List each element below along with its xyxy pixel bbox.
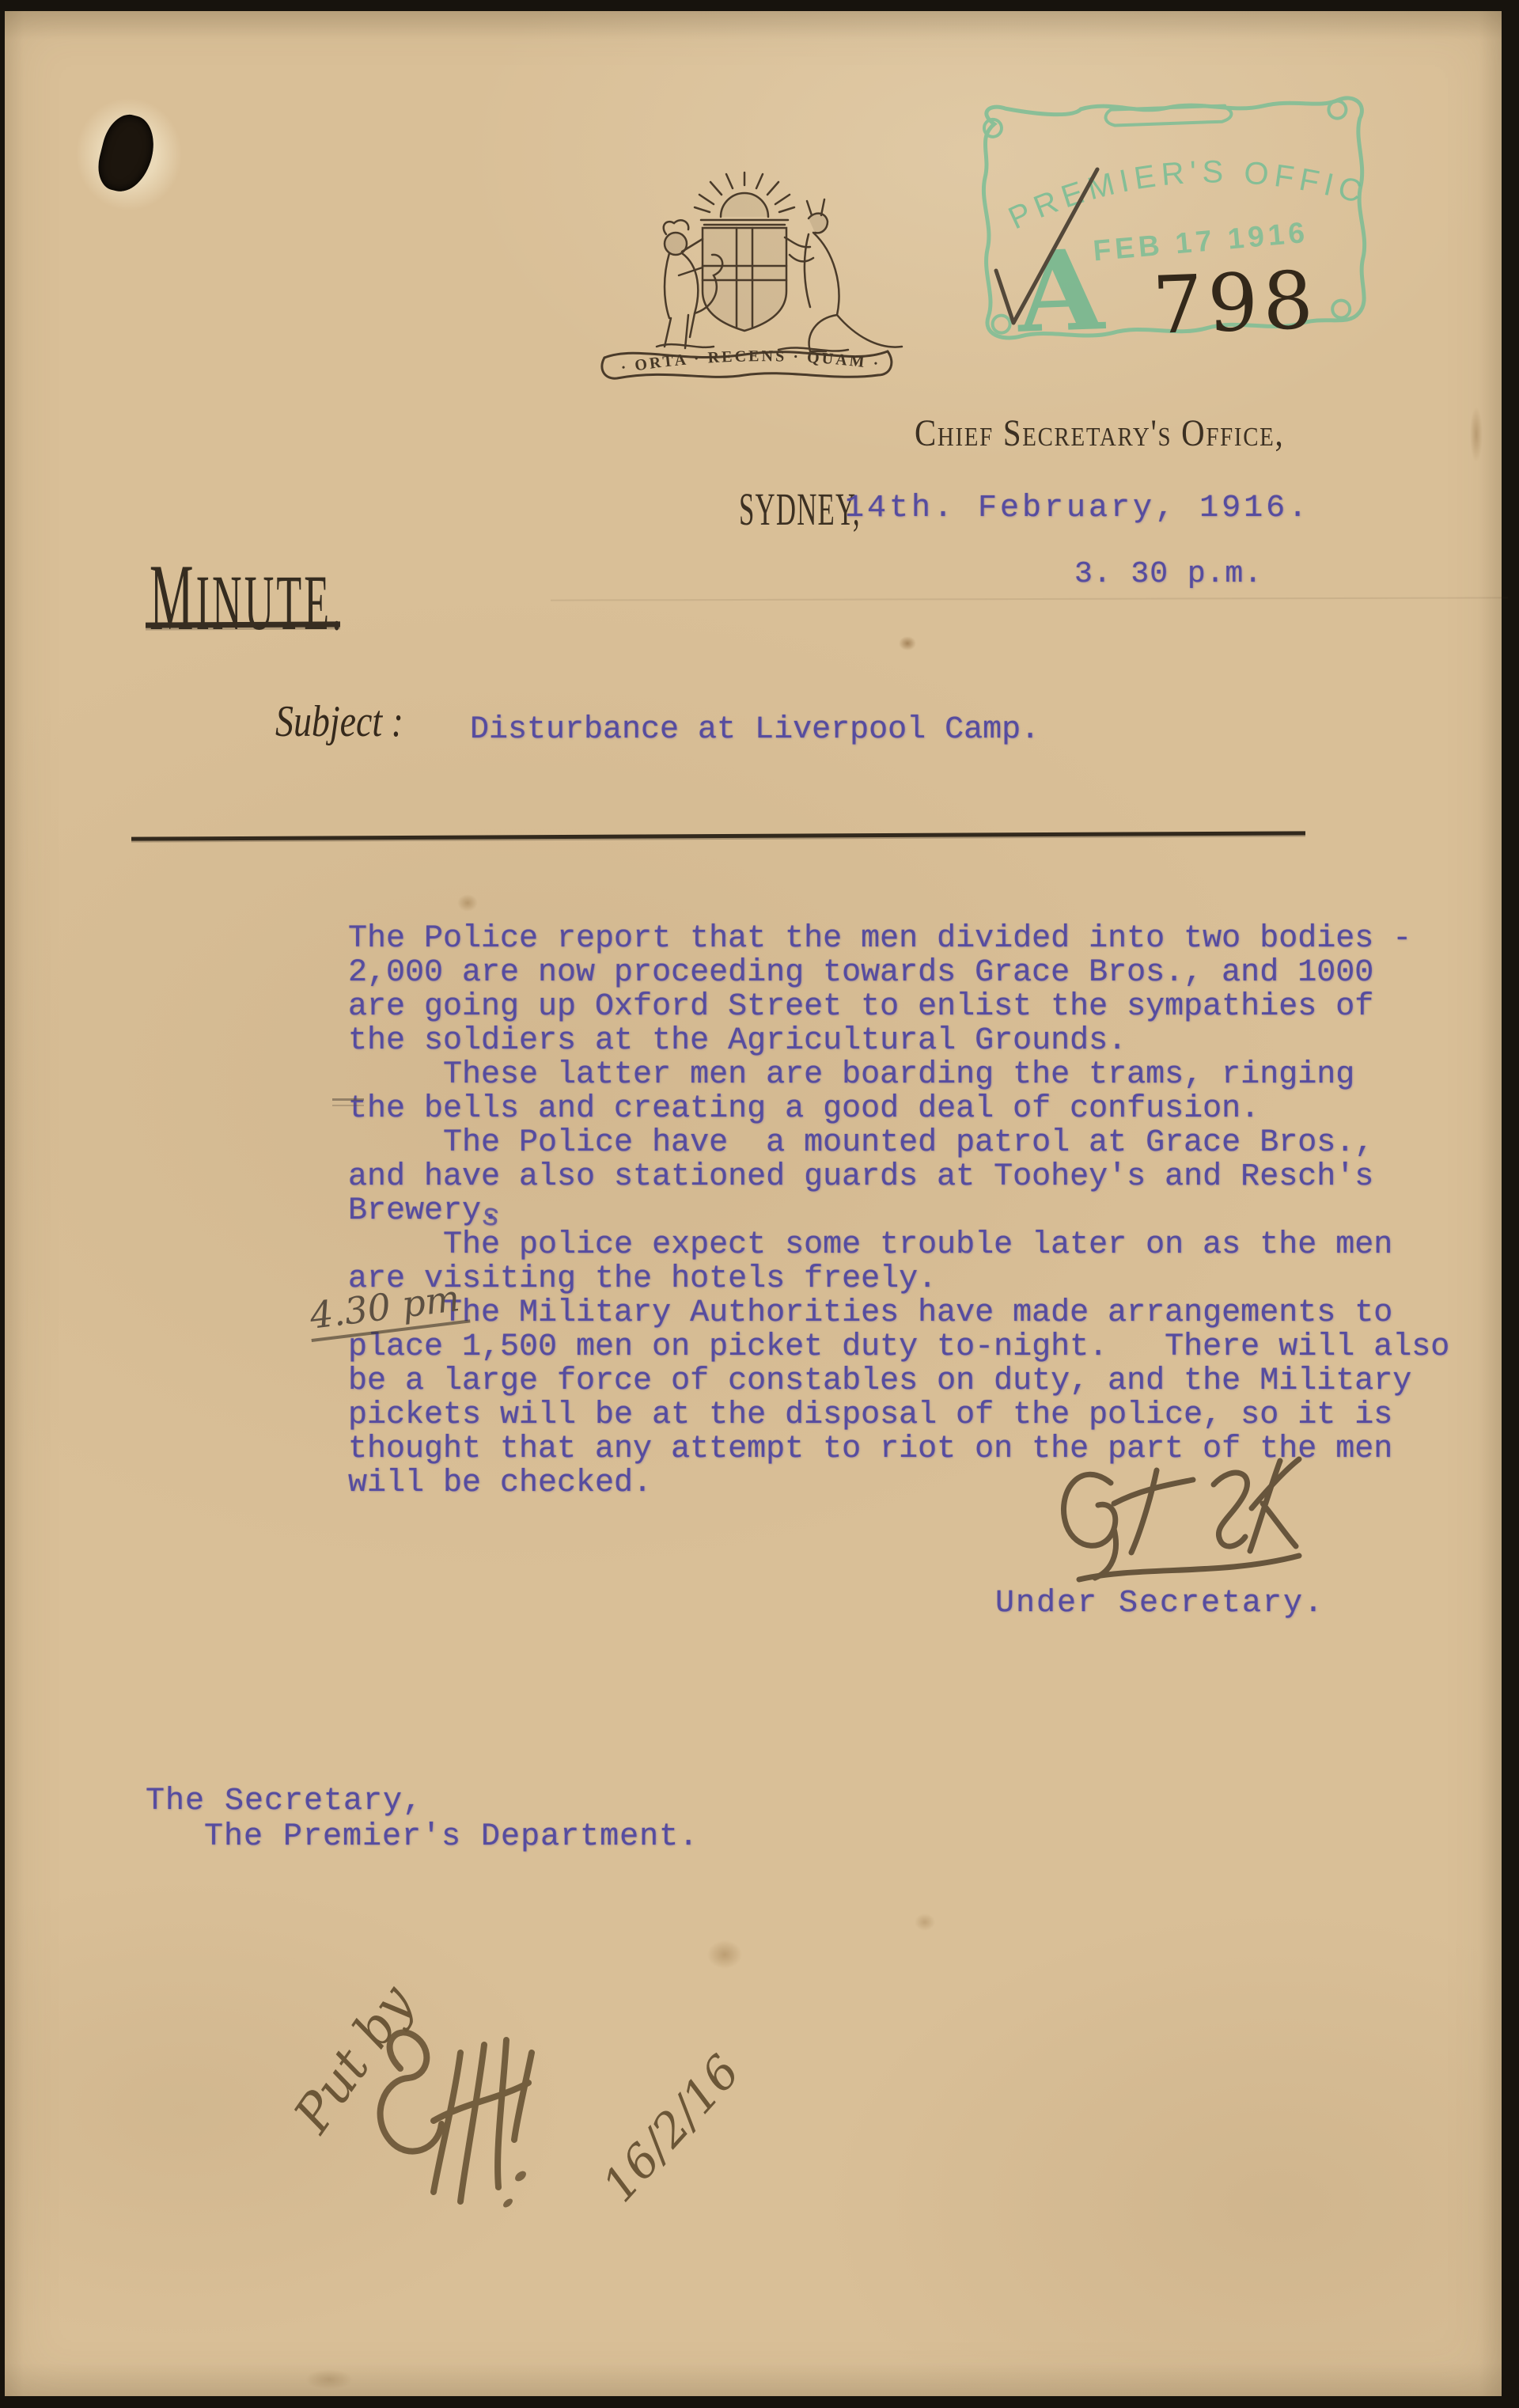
body-line: The police expect some trouble later on … bbox=[348, 1228, 1449, 1262]
typed-date: 14th. February, 1916. bbox=[845, 491, 1310, 526]
subject-value: Disturbance at Liverpool Camp. bbox=[470, 712, 1040, 748]
stamp-letter: A bbox=[1013, 226, 1108, 351]
body-line: The Military Authorities have made arran… bbox=[348, 1296, 1449, 1330]
stamp-number: 798 bbox=[1151, 254, 1320, 351]
minute-heading: MINUTE. bbox=[150, 543, 525, 652]
body-line: These latter men are boarding the trams,… bbox=[348, 1058, 1449, 1092]
body-text: The Police report that the men divided i… bbox=[348, 922, 1449, 1500]
stamp-office-text: PREMIER'S OFFICE bbox=[950, 82, 1373, 239]
body-line: and have also stationed guards at Toohey… bbox=[348, 1160, 1449, 1194]
stain bbox=[915, 1913, 935, 1931]
body-line: The Police have a mounted patrol at Grac… bbox=[348, 1126, 1449, 1160]
paper-sheet: · ORTA · RECENS · QUAM · PURA · NITES · … bbox=[5, 11, 1502, 2396]
svg-text:PREMIER'S OFFICE: PREMIER'S OFFICE bbox=[950, 82, 1373, 239]
body-line: are going up Oxford Street to enlist the… bbox=[348, 990, 1449, 1024]
pencil-margin-dash bbox=[332, 1098, 364, 1106]
body-line: The Police report that the men divided i… bbox=[348, 922, 1449, 956]
stain bbox=[457, 894, 478, 912]
premiers-office-stamp: PREMIER'S OFFICE FEB 17 1916 A 798 bbox=[950, 82, 1397, 351]
body-line: 2,000 are now proceeding towards Grace B… bbox=[348, 956, 1449, 990]
document-scan: · ORTA · RECENS · QUAM · PURA · NITES · … bbox=[0, 0, 1519, 2408]
minute-underline bbox=[146, 621, 340, 628]
body-line: place 1,500 men on picket duty to-night.… bbox=[348, 1330, 1449, 1364]
stain bbox=[707, 1940, 742, 1969]
stain bbox=[899, 636, 916, 650]
stain bbox=[305, 2369, 353, 2390]
horizontal-rule bbox=[131, 831, 1305, 840]
body-line: are visiting the hotels freely. bbox=[348, 1262, 1449, 1296]
letterhead-office: Chief Secretary's Office, bbox=[915, 411, 1350, 455]
body-line: the bells and creating a good deal of co… bbox=[348, 1092, 1449, 1126]
subject-label: Subject : bbox=[275, 696, 431, 747]
typed-time: 3. 30 p.m. bbox=[1074, 557, 1263, 591]
stain bbox=[1470, 407, 1483, 462]
handwritten-date: 16/2/16 bbox=[592, 2045, 750, 2213]
body-line: the soldiers at the Agricultural Grounds… bbox=[348, 1024, 1449, 1058]
paper-crease bbox=[551, 597, 1508, 601]
addressee-line2: The Premier's Department. bbox=[204, 1819, 699, 1855]
body-line: pickets will be at the disposal of the p… bbox=[348, 1398, 1449, 1432]
addressee-line1: The Secretary, bbox=[146, 1784, 422, 1819]
coat-of-arms: · ORTA · RECENS · QUAM · PURA · NITES · bbox=[581, 150, 913, 396]
body-line: be a large force of constables on duty, … bbox=[348, 1364, 1449, 1398]
signature-title: Under Secretary. bbox=[995, 1586, 1324, 1621]
body-line: Brewery. bbox=[348, 1194, 1449, 1228]
handwritten-initials-flourish bbox=[345, 1958, 598, 2227]
